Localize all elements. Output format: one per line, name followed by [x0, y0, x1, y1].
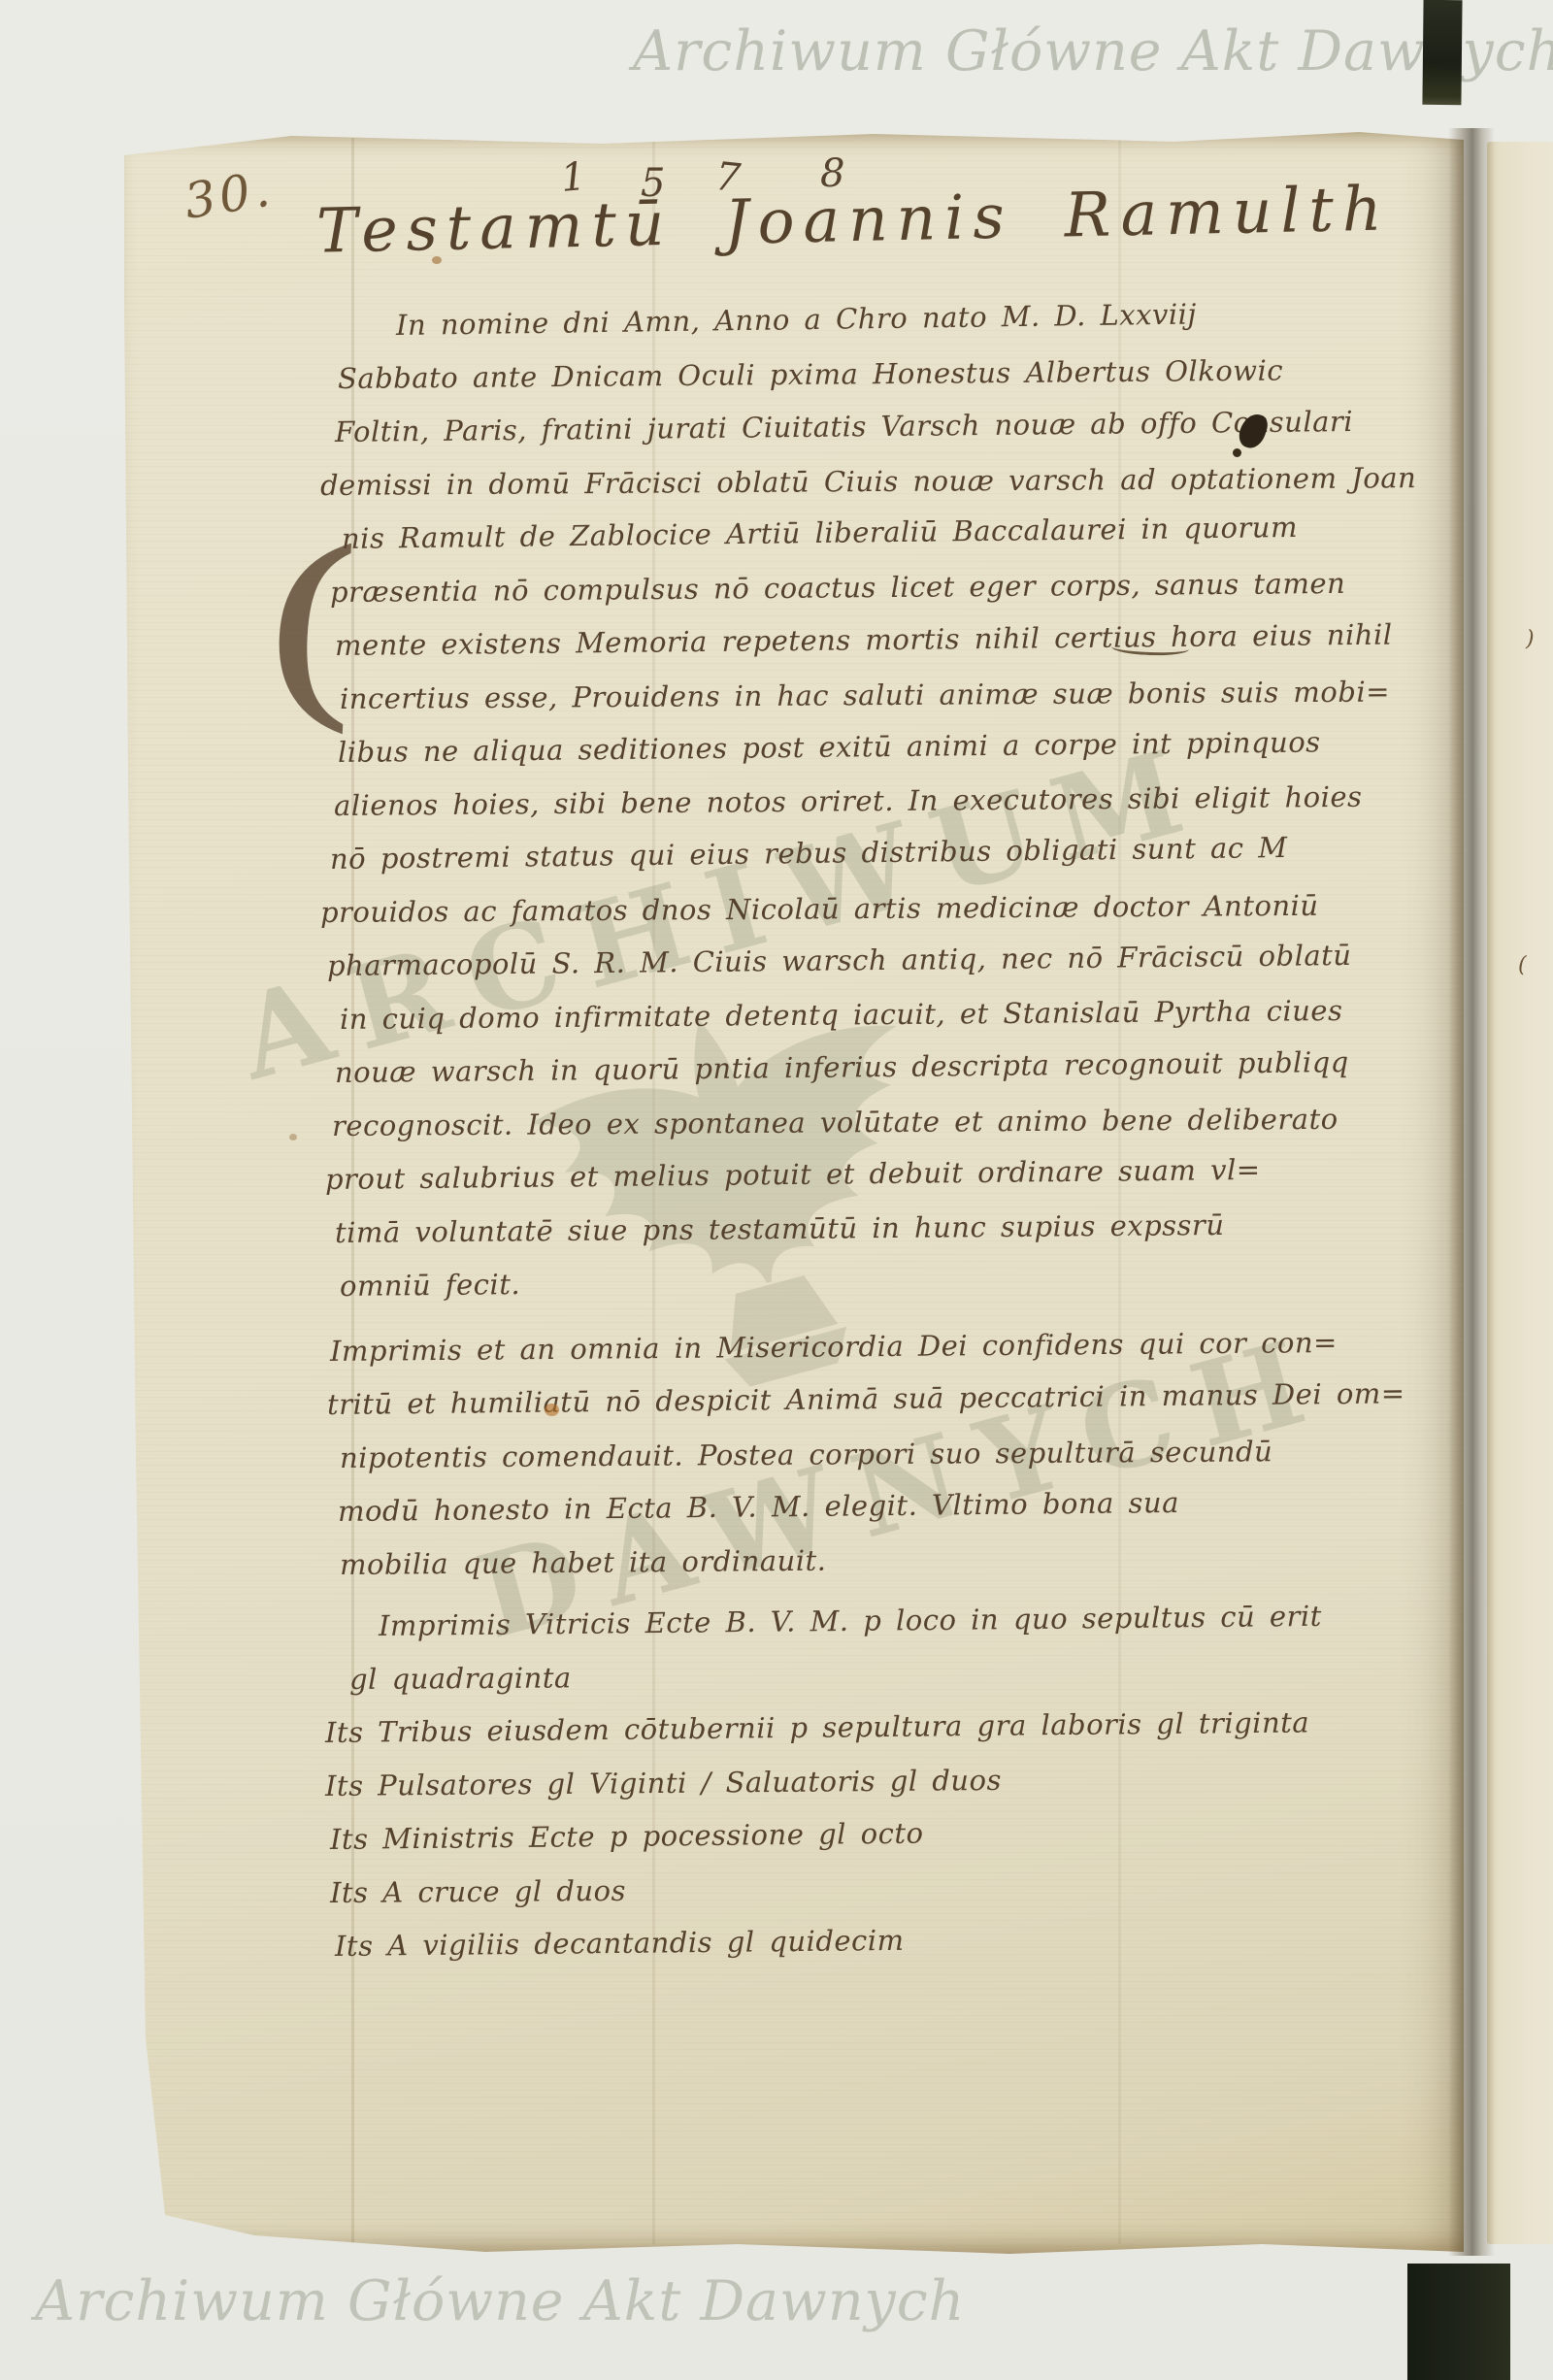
facing-page-edge: ) ( [1487, 142, 1553, 2244]
bookmark-ribbon-top [1422, 0, 1462, 105]
manuscript-line: mobilia que habet ita ordinauit. [340, 1544, 827, 1581]
manuscript-line: Its Pulsatores gl Viginti / Saluatoris g… [325, 1764, 1002, 1802]
fold-crease [1118, 138, 1121, 2244]
paper-stain [432, 256, 442, 264]
manuscript-line: Its A vigiliis decantandis gl quidecim [335, 1924, 905, 1963]
manuscript-line: recognoscit. Ideo ex spontanea volūtate … [332, 1103, 1338, 1142]
ink-mark: ( [1518, 953, 1527, 977]
archive-watermark-top: Archiwum Główne Akt Dawnych [633, 19, 1553, 83]
manuscript-line: Its Ministris Ecte p pocessione gl octo [330, 1817, 924, 1856]
paper-stain [545, 1404, 559, 1416]
manuscript-line: omniū fecit. [340, 1268, 520, 1303]
paper-stain [289, 1134, 297, 1140]
archive-scan: Archiwum Główne Akt Dawnych ) ( ARCHIWUM… [0, 0, 1553, 2380]
manuscript-line: gl quadraginta [349, 1661, 572, 1696]
marginal-brace: ( [252, 523, 372, 735]
ink-mark: ) [1526, 627, 1535, 651]
bookmark-ribbon-bottom [1407, 2264, 1510, 2380]
book-gutter-shadow [1448, 128, 1495, 2256]
archive-watermark-bottom: Archiwum Główne Akt Dawnych [35, 2269, 965, 2333]
manuscript-line: Its A cruce gl duos [330, 1874, 626, 1909]
manuscript-line: nipotentis comendauit. Postea corpori su… [340, 1435, 1272, 1474]
manuscript-line: prouidos ac famatos dnos Nicolaū artis m… [320, 889, 1319, 929]
ink-blot [1233, 448, 1241, 457]
manuscript-page: ARCHIWUM DAWNYCH 30. 1 5 7 8 Testamtū Jo… [109, 128, 1464, 2254]
